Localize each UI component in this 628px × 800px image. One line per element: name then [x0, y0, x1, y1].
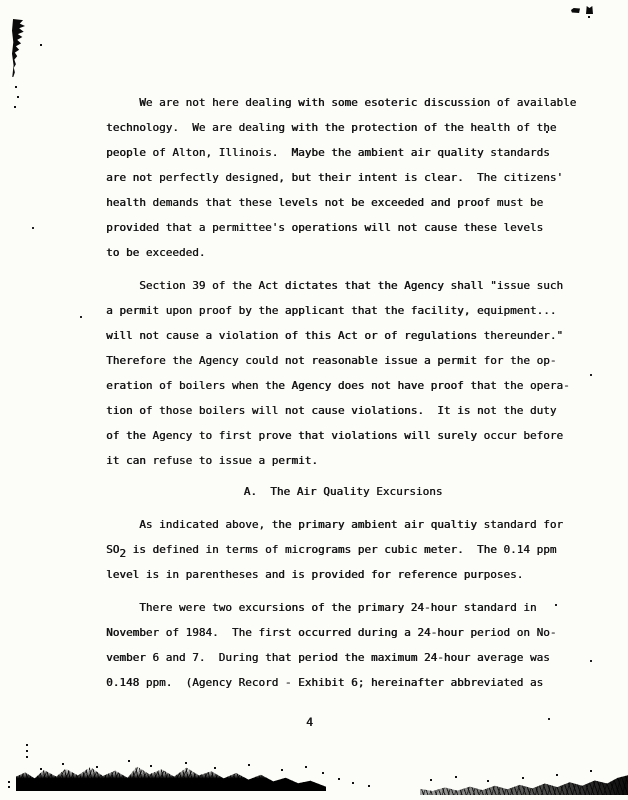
- page-number: 4: [306, 712, 313, 732]
- text-line: eration of boilers when the Agency does …: [106, 373, 580, 398]
- text-line: people of Alton, Illinois. Maybe the amb…: [106, 140, 580, 165]
- so2-line-rest: is defined in terms of micrograms per cu…: [126, 543, 556, 556]
- text-line: technology. We are dealing with the prot…: [106, 115, 580, 140]
- section-heading: A. The Air Quality Excursions: [244, 479, 443, 504]
- paragraph-1: We are not here dealing with some esoter…: [106, 90, 580, 265]
- text-line: We are not here dealing with some esoter…: [106, 90, 580, 115]
- text-line: There were two excursions of the primary…: [106, 595, 580, 620]
- text-line: tion of those boilers will not cause vio…: [106, 398, 580, 423]
- text-line: As indicated above, the primary ambient …: [106, 512, 580, 537]
- section-heading-row: A. The Air Quality Excursions: [106, 479, 580, 504]
- so2-subscript: 2: [119, 547, 126, 560]
- so2-base: SO: [106, 543, 119, 556]
- paragraph-4: There were two excursions of the primary…: [106, 595, 580, 695]
- text-line: Section 39 of the Act dictates that the …: [106, 273, 580, 298]
- scan-speckle-dots: [0, 0, 2, 2]
- text-line: a permit upon proof by the applicant tha…: [106, 298, 580, 323]
- text-line: it can refuse to issue a permit.: [106, 448, 580, 473]
- scan-noise-bottom-left: [16, 761, 326, 791]
- text-line: will not cause a violation of this Act o…: [106, 323, 580, 348]
- text-line: are not perfectly designed, but their in…: [106, 165, 580, 190]
- scan-mark-top-right: [586, 6, 593, 14]
- text-line: Therefore the Agency could not reasonabl…: [106, 348, 580, 373]
- text-line: health demands that these levels not be …: [106, 190, 580, 215]
- text-line: provided that a permittee's operations w…: [106, 215, 580, 240]
- scan-mark-top-right: [571, 8, 580, 13]
- text-line: to be exceeded.: [106, 240, 580, 265]
- text-line: of the Agency to first prove that violat…: [106, 423, 580, 448]
- text-line: vember 6 and 7. During that period the m…: [106, 645, 580, 670]
- text-line-so2: SO2 is defined in terms of micrograms pe…: [106, 537, 580, 562]
- text-line: level is in parentheses and is provided …: [106, 562, 580, 587]
- text-line: November of 1984. The first occurred dur…: [106, 620, 580, 645]
- paragraph-2: Section 39 of the Act dictates that the …: [106, 273, 580, 473]
- paragraph-3: As indicated above, the primary ambient …: [106, 512, 580, 587]
- document-body: We are not here dealing with some esoter…: [106, 90, 580, 695]
- scan-noise-bottom-right: [420, 773, 628, 795]
- text-line: 0.148 ppm. (Agency Record - Exhibit 6; h…: [106, 670, 580, 695]
- scanned-document-page: We are not here dealing with some esoter…: [0, 0, 628, 800]
- scan-smudge-top-left: [12, 19, 25, 77]
